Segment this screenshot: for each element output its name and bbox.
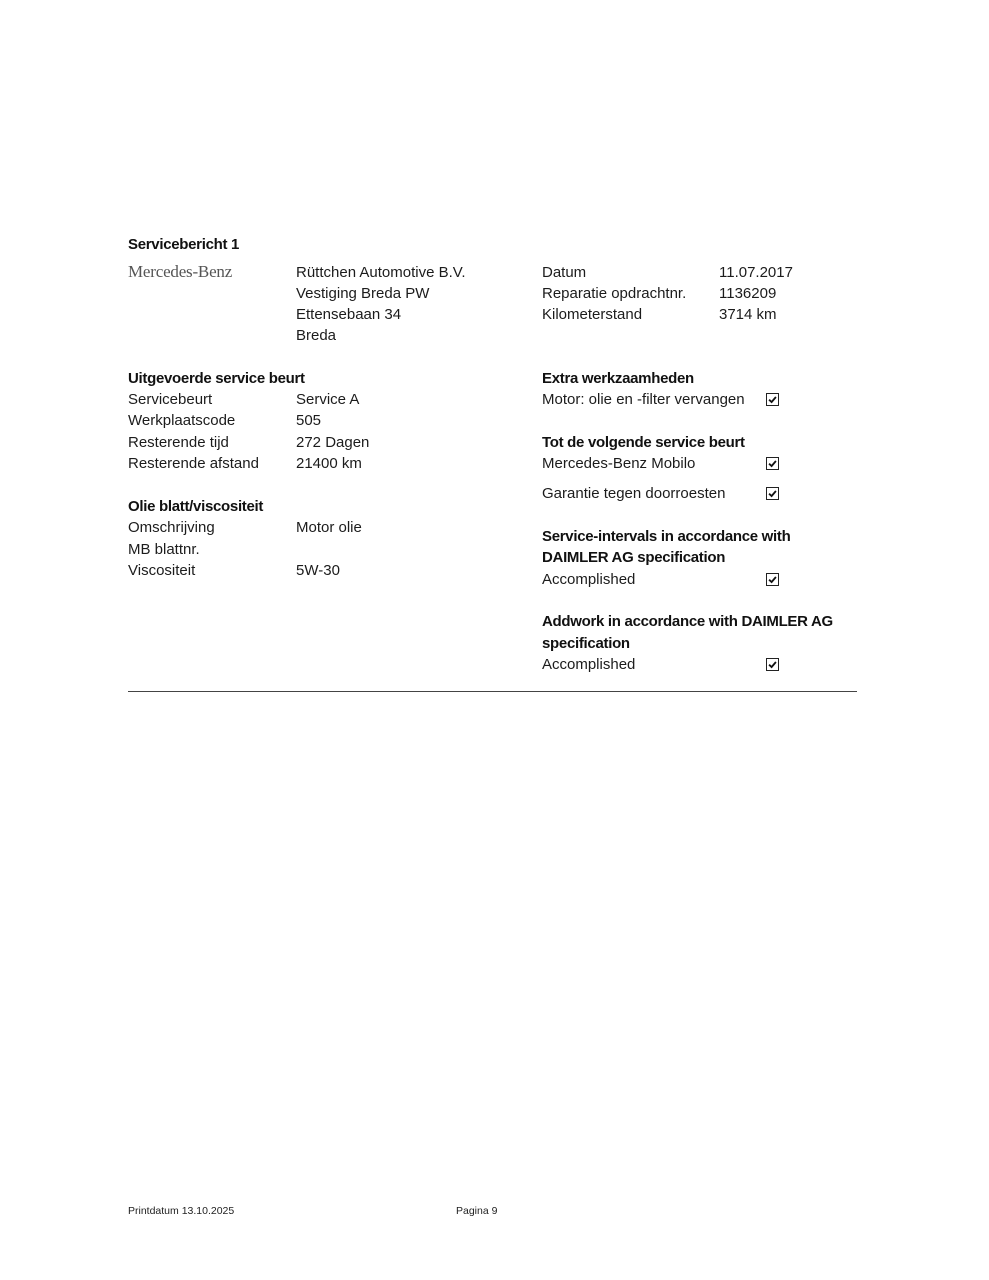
viscosity-value: 5W-30 (296, 560, 340, 581)
workshop-code-label: Werkplaatscode (128, 410, 235, 431)
remaining-time-value: 272 Dagen (296, 432, 369, 453)
brand-logo-text: Mercedes-Benz (128, 261, 232, 282)
workshop-code-value: 505 (296, 410, 321, 431)
dealer-street: Ettensebaan 34 (296, 304, 401, 325)
oil-filter-change-label: Motor: olie en -filter vervangen (542, 389, 745, 410)
service-type-value: Service A (296, 389, 359, 410)
addwork-heading-line2: specification (542, 633, 630, 654)
service-intervals-checkbox[interactable] (766, 573, 779, 586)
report-title: Servicebericht 1 (128, 234, 239, 255)
service-intervals-heading-line1: Service-intervals in accordance with (542, 526, 790, 547)
date-value: 11.07.2017 (719, 262, 793, 283)
mobilo-checkbox[interactable] (766, 457, 779, 470)
mobilo-label: Mercedes-Benz Mobilo (542, 453, 695, 474)
service-intervals-heading-line2: DAIMLER AG specification (542, 547, 725, 568)
checkmark-icon (768, 489, 777, 498)
checkmark-icon (768, 575, 777, 584)
oil-description-value: Motor olie (296, 517, 362, 538)
mb-sheet-number-label: MB blattnr. (128, 539, 200, 560)
order-number-value: 1136209 (719, 283, 776, 304)
date-label: Datum (542, 262, 586, 283)
dealer-branch: Vestiging Breda PW (296, 283, 429, 304)
order-number-label: Reparatie opdrachtnr. (542, 283, 686, 304)
service-heading: Uitgevoerde service beurt (128, 368, 305, 389)
remaining-distance-label: Resterende afstand (128, 453, 259, 474)
addwork-checkbox[interactable] (766, 658, 779, 671)
next-service-heading: Tot de volgende service beurt (542, 432, 745, 453)
remaining-time-label: Resterende tijd (128, 432, 229, 453)
dealer-name: Rüttchen Automotive B.V. (296, 262, 466, 283)
viscosity-label: Viscositeit (128, 560, 195, 581)
section-divider (128, 691, 857, 692)
oil-filter-change-checkbox[interactable] (766, 393, 779, 406)
checkmark-icon (768, 395, 777, 404)
print-date: Printdatum 13.10.2025 (128, 1204, 234, 1218)
addwork-heading-line1: Addwork in accordance with DAIMLER AG (542, 611, 833, 632)
mileage-value: 3714 km (719, 304, 777, 325)
extra-work-heading: Extra werkzaamheden (542, 368, 694, 389)
service-intervals-status-label: Accomplished (542, 569, 635, 590)
remaining-distance-value: 21400 km (296, 453, 362, 474)
dealer-city: Breda (296, 325, 336, 346)
page-number: Pagina 9 (456, 1204, 497, 1218)
addwork-status-label: Accomplished (542, 654, 635, 675)
rust-warranty-label: Garantie tegen doorroesten (542, 483, 725, 504)
checkmark-icon (768, 660, 777, 669)
mileage-label: Kilometerstand (542, 304, 642, 325)
service-type-label: Servicebeurt (128, 389, 212, 410)
checkmark-icon (768, 459, 777, 468)
oil-heading: Olie blatt/viscositeit (128, 496, 263, 517)
rust-warranty-checkbox[interactable] (766, 487, 779, 500)
oil-description-label: Omschrijving (128, 517, 215, 538)
